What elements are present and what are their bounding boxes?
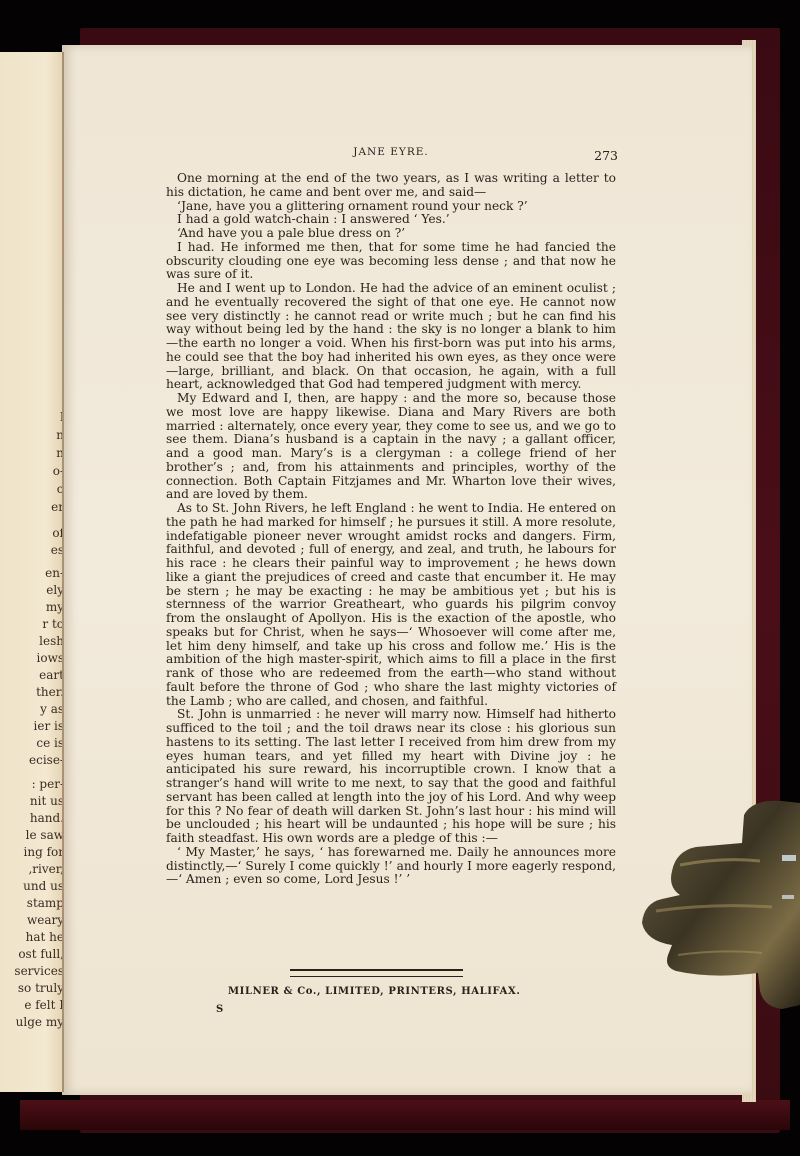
left-page-fragment: lesh <box>39 634 64 649</box>
brass-page-clip-icon <box>632 795 800 1015</box>
left-page-fragment: e felt I <box>24 998 64 1013</box>
left-page-fragment: und us <box>23 879 64 894</box>
left-page-fragment: ulge my <box>16 1015 64 1030</box>
left-page-fragment: y as <box>40 702 64 717</box>
paragraph: St. John is unmarried : he never will ma… <box>166 708 616 846</box>
left-page-fragment: : per- <box>32 777 64 792</box>
paragraph: He and I went up to London. He had the a… <box>166 282 616 392</box>
left-page-fragment: hand. <box>30 811 64 826</box>
left-page-fragment: ing for <box>24 845 64 860</box>
paragraph: ‘ My Master,’ he says, ‘ has forewarned … <box>166 846 616 887</box>
left-page-fragment: ther. <box>36 685 64 700</box>
page-number: 273 <box>594 148 618 163</box>
paragraph: I had a gold watch-chain : I answered ‘ … <box>166 213 616 227</box>
paragraph: One morning at the end of the two years,… <box>166 172 616 200</box>
paragraph: ‘Jane, have you a glittering ornament ro… <box>166 200 616 214</box>
left-page-fragment: stamp <box>27 896 64 911</box>
book-title: JANE EYRE. <box>166 146 616 158</box>
book-cover-bottom-edge <box>20 1100 790 1130</box>
left-page-fragment: ce is <box>36 736 64 751</box>
left-page-fragment: services <box>14 964 64 979</box>
left-page-fragment: ecise- <box>29 753 64 768</box>
page-gutter <box>62 52 64 1092</box>
left-page-fragment: eart <box>39 668 64 683</box>
left-page-fragment: weary <box>27 913 64 928</box>
left-page-fragment: ier is <box>34 719 65 734</box>
left-page-fragment: hat he <box>26 930 64 945</box>
paragraph: ‘And have you a pale blue dress on ?’ <box>166 227 616 241</box>
paragraph: I had. He informed me then, that for som… <box>166 241 616 282</box>
printer-imprint: MILNER & Co., LIMITED, PRINTERS, HALIFAX… <box>228 986 548 997</box>
left-page-fragment: le saw <box>26 828 64 843</box>
body-text: One morning at the end of the two years,… <box>166 172 616 887</box>
left-page-fragment: r to <box>42 617 64 632</box>
signature-mark: S <box>216 1004 223 1015</box>
running-head: JANE EYRE. 273 <box>166 146 616 162</box>
left-page-fragment: nit us <box>30 794 64 809</box>
left-page-fragment: ,river, <box>28 862 64 877</box>
left-page-fragment: ost full, <box>18 947 64 962</box>
paragraph: My Edward and I, then, are happy : and t… <box>166 392 616 502</box>
left-page-fragment: iows <box>37 651 65 666</box>
left-page-fragment: so truly <box>18 981 64 996</box>
paragraph: As to St. John Rivers, he left England :… <box>166 502 616 708</box>
double-rule-divider <box>290 969 463 977</box>
